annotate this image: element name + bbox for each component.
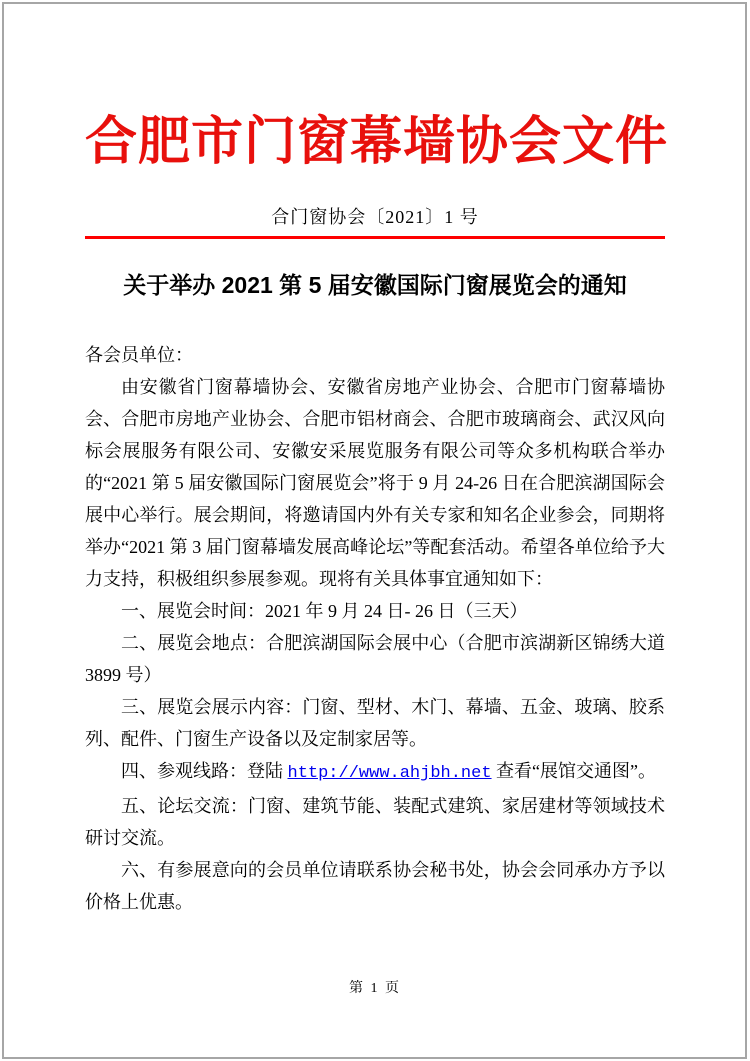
intro-paragraph: 由安徽省门窗幕墙协会、安徽省房地产业协会、合肥市门窗幕墙协会、合肥市房地产业协会… [85,371,665,595]
exhibition-website-link[interactable]: http://www.ahjbh.net [288,764,492,783]
notice-item-location: 二、展览会地点：合肥滨湖国际会展中心（合肥市滨湖新区锦绣大道 3899 号） [85,627,665,691]
salutation: 各会员单位： [85,339,665,371]
document-header-title: 合肥市门窗幕墙协会文件 [85,112,665,174]
notice-item-contents: 三、展览会展示内容：门窗、型材、木门、幕墙、五金、玻璃、胶系列、配件、门窗生产设… [85,691,665,755]
document-page: 合肥市门窗幕墙协会文件 合门窗协会〔2021〕1 号 关于举办 2021 第 5… [0,0,750,1061]
visit-route-suffix: 查看“展馆交通图”。 [492,761,656,781]
notice-title: 关于举办 2021 第 5 届安徽国际门窗展览会的通知 [0,267,750,300]
visit-route-prefix: 四、参观线路：登陆 [121,761,288,781]
notice-item-visit-route: 四、参观线路：登陆 http://www.ahjbh.net 查看“展馆交通图”… [85,755,665,790]
notice-item-contact: 六、有参展意向的会员单位请联系协会秘书处，协会会同承办方予以价格上优惠。 [85,854,665,918]
notice-item-time: 一、展览会时间：2021 年 9 月 24 日- 26 日（三天） [85,595,665,627]
document-number: 合门窗协会〔2021〕1 号 [0,203,750,229]
notice-body: 各会员单位： 由安徽省门窗幕墙协会、安徽省房地产业协会、合肥市门窗幕墙协会、合肥… [85,339,665,918]
page-number: 第 1 页 [0,977,750,997]
red-divider-line [85,236,665,239]
notice-item-forum: 五、论坛交流：门窗、建筑节能、装配式建筑、家居建材等领域技术研讨交流。 [85,790,665,854]
